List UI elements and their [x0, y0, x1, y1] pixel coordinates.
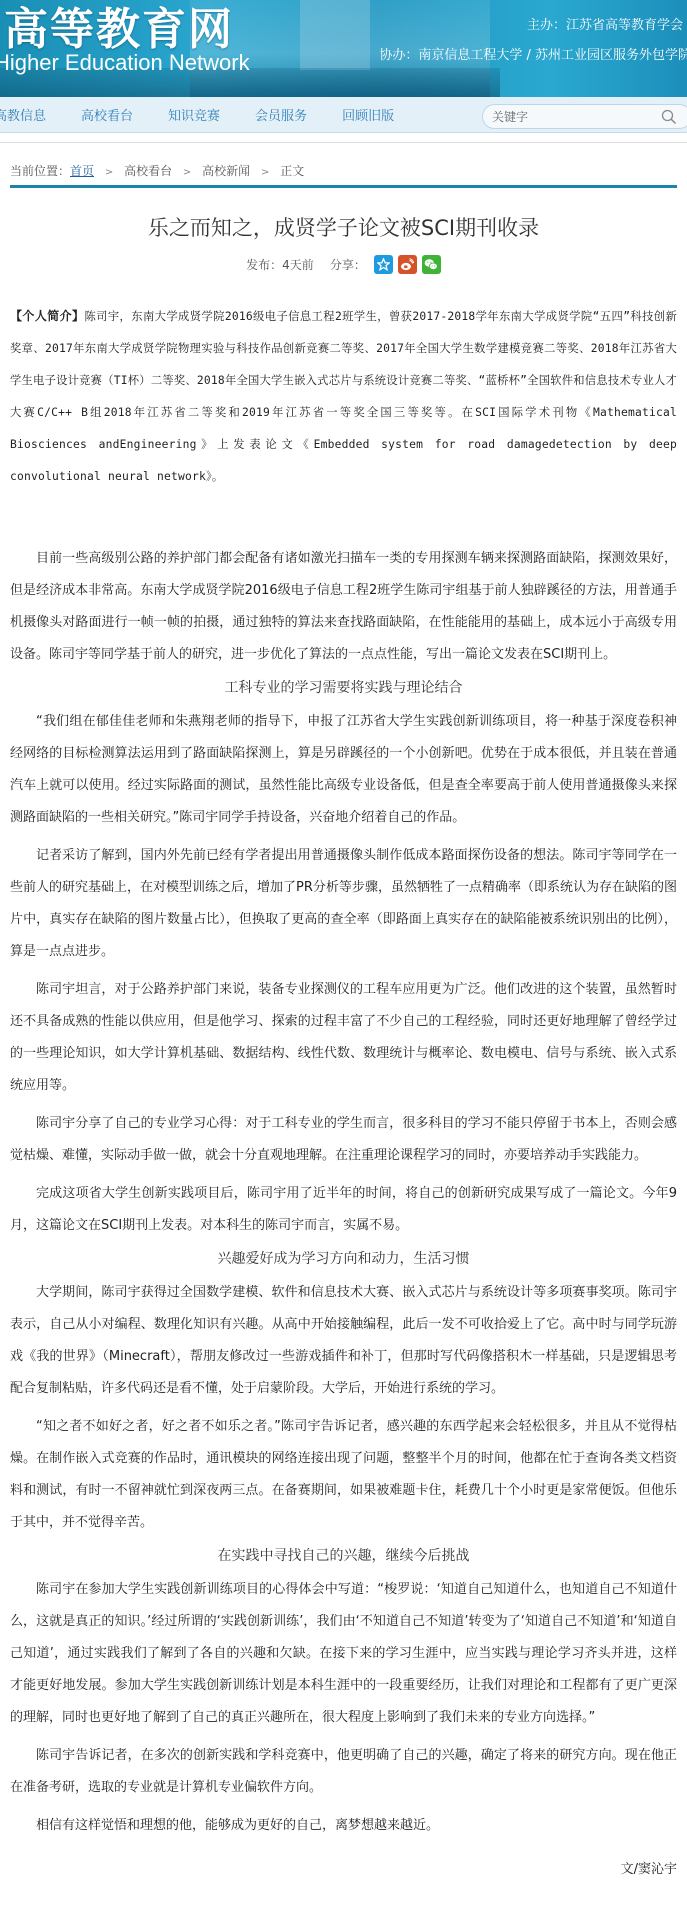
- site-header: 高等教育网 Higher Education Network 主办：江苏省高等教…: [0, 0, 687, 97]
- header-background-tower: [300, 0, 370, 70]
- section-heading: 在实践中寻找自己的兴趣，继续今后挑战: [10, 1544, 677, 1568]
- paragraph: 大学期间，陈司宇获得过全国数学建模、软件和信息技术大赛、嵌入式芯片与系统设计等多…: [10, 1277, 677, 1405]
- nav-item-knowledge-contest[interactable]: 知识竞赛: [168, 105, 220, 124]
- share-wechat-button[interactable]: [422, 255, 441, 274]
- breadcrumb-separator: >: [183, 167, 191, 178]
- paragraph: 完成这项省大学生创新实践项目后，陈司宇用了近半年的时间，将自己的创新研究成果写成…: [10, 1178, 677, 1242]
- breadcrumb-campus-news-link[interactable]: 高校新闻: [202, 164, 250, 178]
- search-input[interactable]: [483, 110, 648, 124]
- main-nav: 高教信息 高校看台 知识竞赛 会员服务 回顾旧版: [0, 97, 687, 133]
- intro-label: 【个人简介】: [10, 309, 84, 323]
- intro-text: 陈司宇，东南大学成贤学院2016级电子信息工程2班学生，曾获2017-2018学…: [10, 310, 677, 483]
- nav-item-higher-ed-info[interactable]: 高教信息: [0, 105, 46, 124]
- share-label: 分享：: [330, 256, 366, 273]
- published-label: 发布：: [246, 256, 282, 273]
- paragraph: 陈司宇分享了自己的专业学习心得：对于工科专业的学生而言，很多科目的学习不能只停留…: [10, 1108, 677, 1172]
- wechat-icon: [424, 258, 438, 271]
- breadcrumb-home-link[interactable]: 首页: [70, 164, 94, 178]
- article-title: 乐之而知之，成贤学子论文被SCI期刊收录: [0, 214, 687, 242]
- article-meta: 发布： 4天前 分享：: [0, 253, 687, 275]
- nav-item-member-services[interactable]: 会员服务: [255, 105, 307, 124]
- author-byline: 文/窦沁宇: [10, 1858, 677, 1882]
- paragraph: 陈司宇在参加大学生实践创新训练项目的心得体会中写道：“梭罗说：‘知道自己知道什么…: [10, 1574, 677, 1734]
- breadcrumb-prefix: 当前位置：: [10, 164, 70, 178]
- section-heading: 工科专业的学习需要将实践与理论结合: [10, 676, 677, 700]
- article-body: 【个人简介】陈司宇，东南大学成贤学院2016级电子信息工程2班学生，曾获2017…: [0, 300, 687, 1932]
- paragraph: “知之者不如好之者，好之者不如乐之者。”陈司宇告诉记者，感兴趣的东西学起来会轻松…: [10, 1411, 677, 1539]
- section-heading: 兴趣爱好成为学习方向和动力，生活习惯: [10, 1247, 677, 1271]
- search-box: [482, 104, 687, 129]
- qzone-icon: [377, 258, 390, 271]
- search-icon[interactable]: [661, 109, 677, 125]
- share-weibo-button[interactable]: [398, 255, 417, 274]
- divider: [0, 142, 687, 143]
- site-logo-english: Higher Education Network: [0, 50, 250, 76]
- co-sponsor-text: 协办：南京信息工程大学 / 苏州工业园区服务外包学院: [379, 44, 687, 63]
- nav-item-campus-watch[interactable]: 高校看台: [81, 105, 133, 124]
- paragraph: 陈司宇告诉记者，在多次的创新实践和学科竞赛中，他更明确了自己的兴趣，确定了将来的…: [10, 1740, 677, 1804]
- paragraph: 相信有这样觉悟和理想的他，能够成为更好的自己，离梦想越来越近。: [10, 1810, 677, 1842]
- breadcrumb: 当前位置：首页 > 高校看台 > 高校新闻 > 正文: [10, 162, 677, 188]
- breadcrumb-separator: >: [261, 167, 269, 178]
- paragraph: “我们组在郁佳佳老师和朱燕翔老师的指导下，申报了江苏省大学生实践创新训练项目，将…: [10, 706, 677, 834]
- weibo-icon: [400, 258, 414, 271]
- paragraph: 目前一些高级别公路的养护部门都会配备有诸如激光扫描车一类的专用探测车辆来探测路面…: [10, 543, 677, 671]
- paragraph: 陈司宇坦言，对于公路养护部门来说，装备专业探测仪的工程车应用更为广泛。他们改进的…: [10, 974, 677, 1102]
- nav-item-old-version[interactable]: 回顾旧版: [342, 105, 394, 124]
- share-qzone-button[interactable]: [374, 255, 393, 274]
- site-logo-chinese[interactable]: 高等教育网: [4, 4, 234, 56]
- page-footer-space: [10, 1882, 677, 1932]
- paragraph: 记者采访了解到，国内外先前已经有学者提出用普通摄像头制作低成本路面探伤设备的想法…: [10, 840, 677, 968]
- author-intro: 【个人简介】陈司宇，东南大学成贤学院2016级电子信息工程2班学生，曾获2017…: [10, 300, 677, 493]
- breadcrumb-separator: >: [105, 167, 113, 178]
- published-time: 4天前: [282, 256, 314, 273]
- sponsor-text: 主办：江苏省高等教育学会: [527, 14, 683, 33]
- breadcrumb-campus-watch-link[interactable]: 高校看台: [124, 164, 172, 178]
- breadcrumb-current: 正文: [280, 164, 304, 178]
